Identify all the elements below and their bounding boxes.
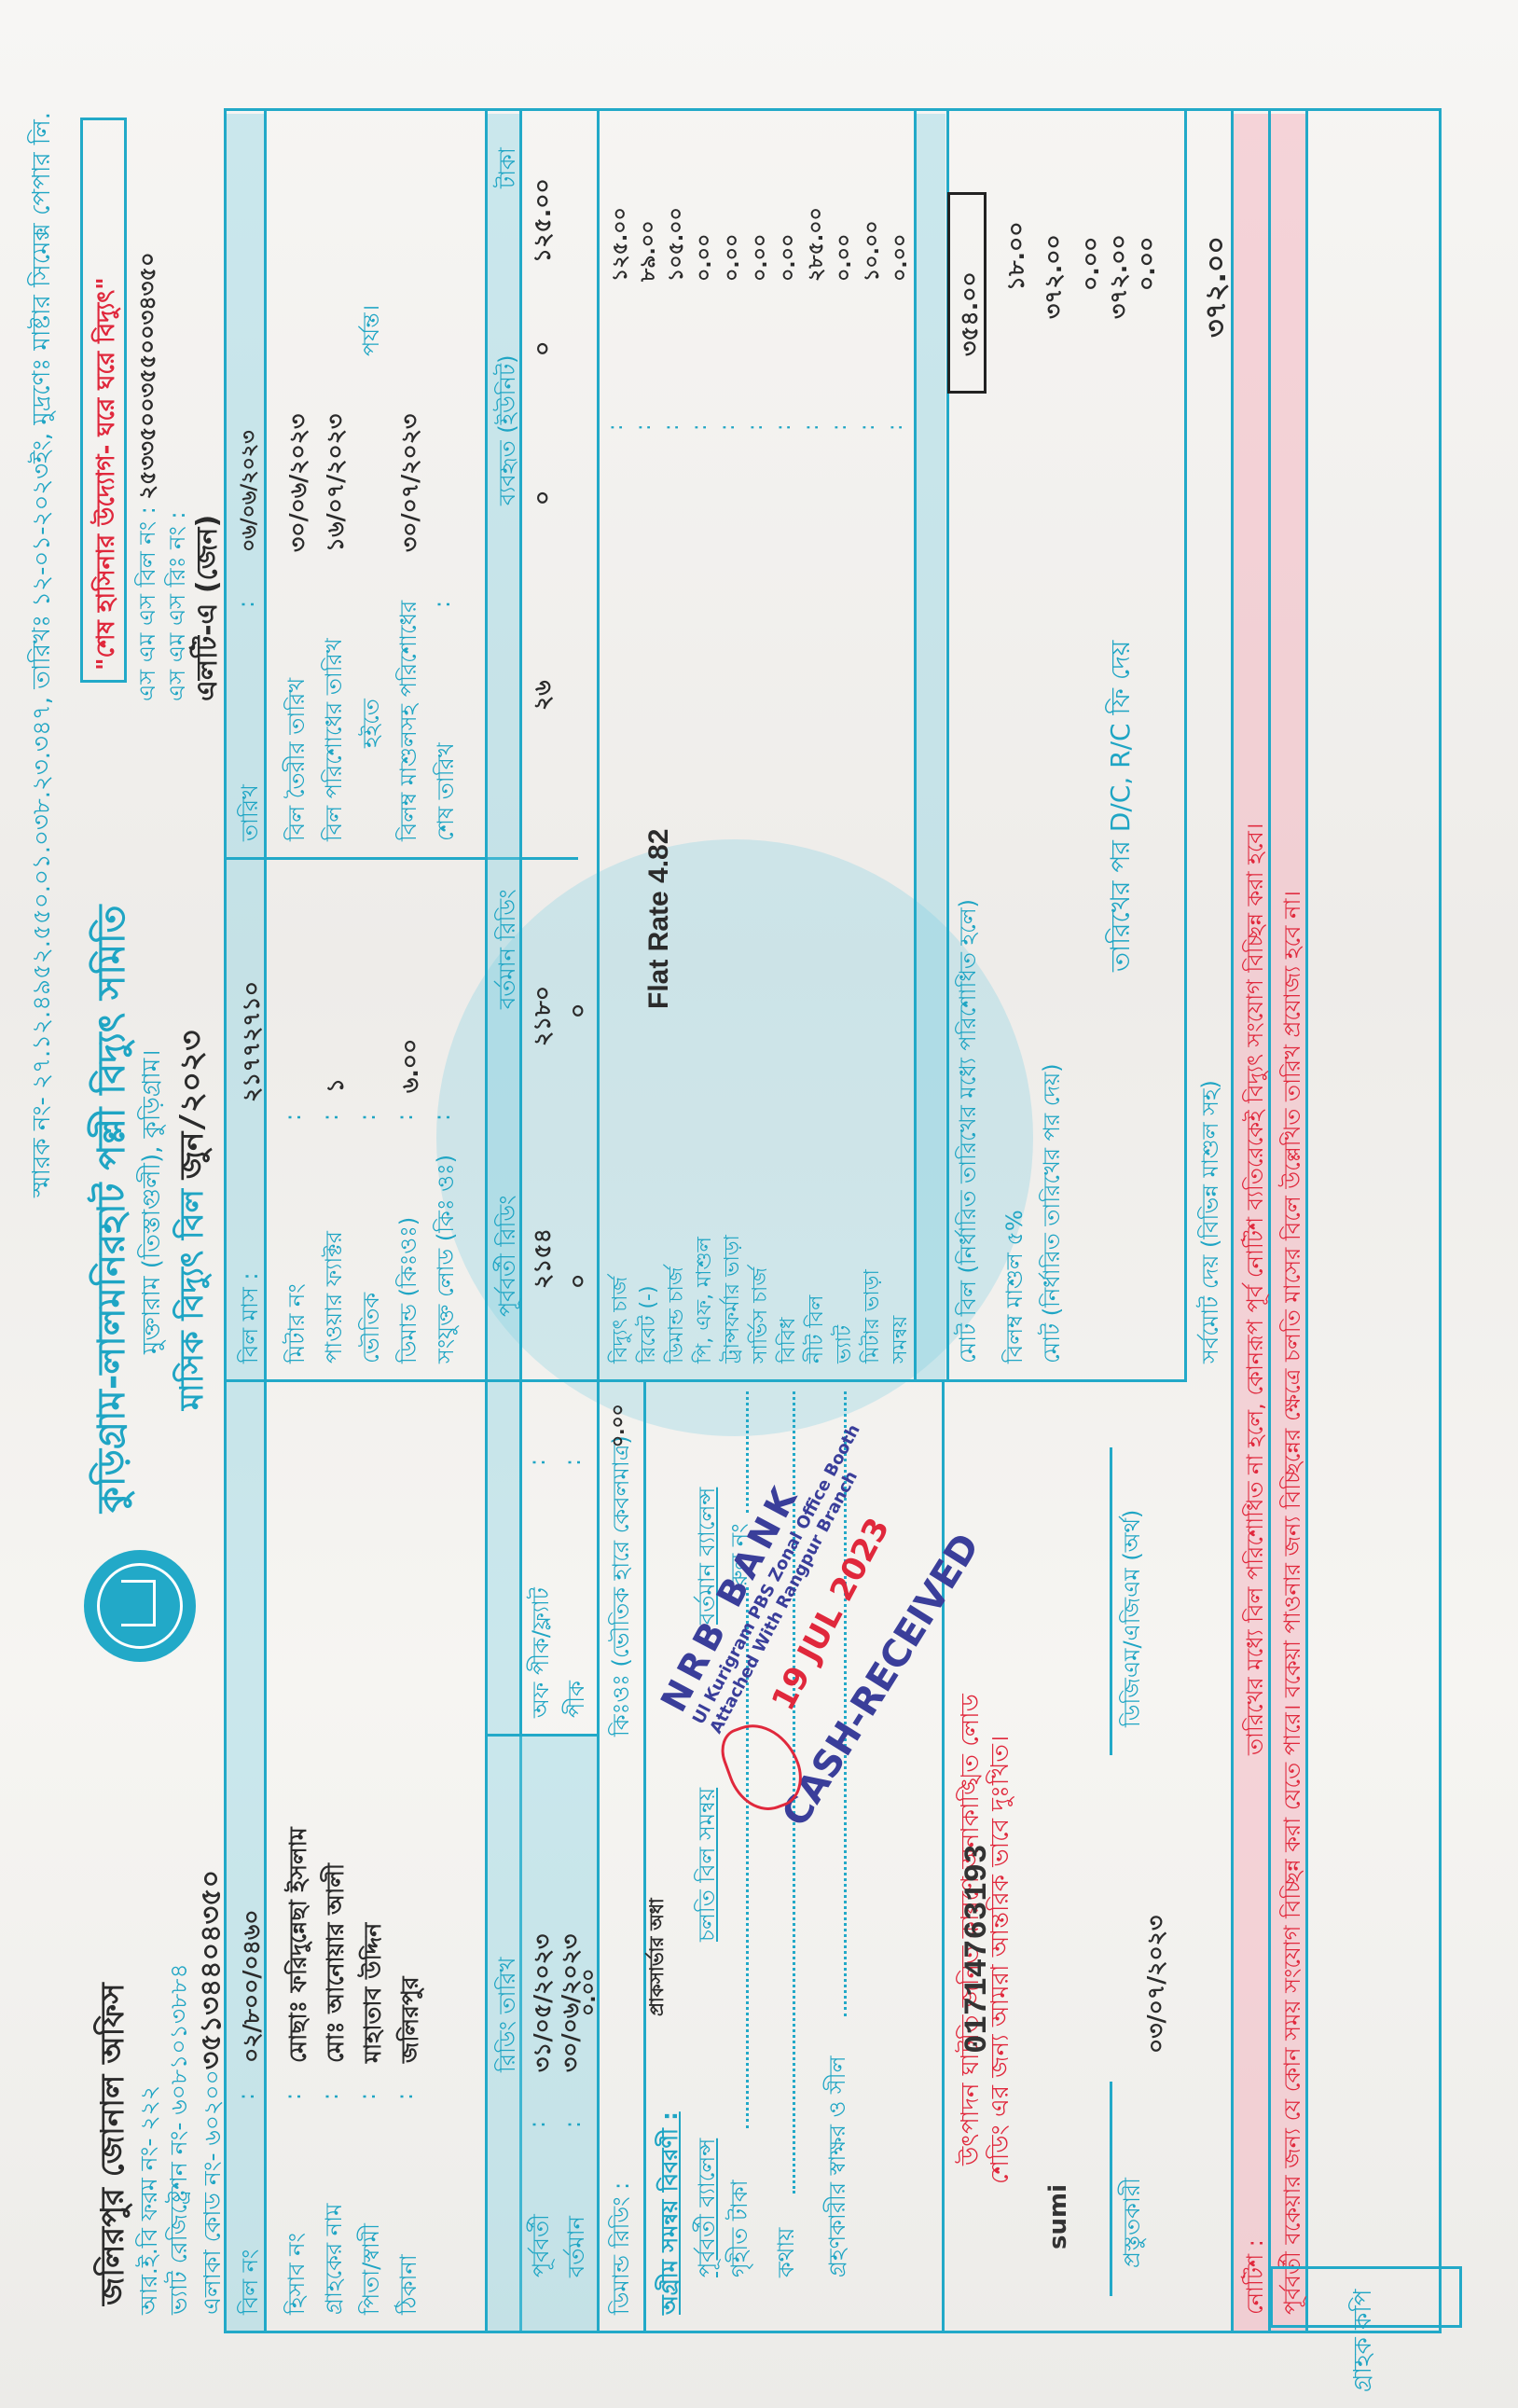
connected-load-label: সংযুক্ত লোড (কিঃ ওঃ) bbox=[429, 1155, 466, 1363]
taka-first-value: ১২৫.০০ bbox=[524, 178, 564, 263]
demand-stamp-text: প্রাকসার্ভার অধা bbox=[643, 1898, 674, 2016]
area-code-label: এলাকা কোড নং- bbox=[199, 2152, 226, 2315]
bill-month: ২১৭৭২৭১০ bbox=[233, 981, 273, 1102]
bill-made-date: ৩০/০৬/২০২৩ bbox=[280, 414, 320, 552]
preparer-date: ০৩/০৭/২০২৩ bbox=[1138, 1916, 1178, 2054]
signature-label: গ্রহণকারীর স্বাক্ষর ও সীল bbox=[821, 2056, 858, 2277]
net-bill-shade bbox=[916, 114, 945, 1379]
charge-row: রিবেট (-):৮৯.০০ bbox=[632, 114, 660, 1363]
after-due-value: ৩৭২.০০ bbox=[1035, 234, 1075, 319]
area-code-prefix: ৬০২০০ bbox=[199, 2069, 226, 2145]
total-value: ৩৫৪.০০ bbox=[951, 271, 991, 356]
reading-curr-extra: ০.০০ bbox=[573, 1969, 607, 2016]
used-peak: ০ bbox=[524, 491, 564, 505]
bill-type: মাসিক বিদ্যুৎ বিল bbox=[173, 1189, 211, 1410]
bill-month-label: বিল মাস : bbox=[233, 1272, 270, 1363]
charge-row: মিটার ভাড়া:১০.০০ bbox=[856, 114, 884, 1363]
customer-name: মোঃ আনোয়ার আলী bbox=[317, 1863, 357, 2063]
used-units: ২৬ bbox=[524, 680, 564, 711]
prev-reading-label: পূর্ববর্তী রিডিং bbox=[490, 1196, 528, 1317]
power-factor-label: পাওয়ার ফ্যাক্টর bbox=[317, 1231, 354, 1363]
late-fee-value: ১৮.০০ bbox=[998, 222, 1038, 291]
demand-label: ডিমান্ড (কিঃওঃ) bbox=[392, 1217, 429, 1363]
charge-row: ট্রান্সফর্মার ভাড়া:০.০০ bbox=[716, 114, 744, 1363]
charge-row: ভ্যাট:০.০০ bbox=[828, 114, 856, 1363]
dgm-label: ডিজিএম/এজিএম (অর্থ) bbox=[1115, 1510, 1152, 1727]
taka-label: টাকা bbox=[490, 147, 528, 188]
curr-peak: ০ bbox=[559, 1003, 600, 1018]
late-fee-label: বিলম্ব মাশুল ৫% bbox=[998, 1210, 1035, 1363]
used-label: ব্যবহৃত (ইউনিট) bbox=[490, 355, 528, 505]
reading-curr-label: বর্তমান bbox=[559, 2216, 597, 2277]
charge-row: বিবিধ:০.০০ bbox=[772, 114, 800, 1363]
total-label: মোট বিল (নির্ধারিত তারিখের মধ্যে পরিশোধি… bbox=[951, 899, 988, 1363]
date-label: তারিখ bbox=[233, 784, 270, 841]
prev-peak: ০ bbox=[559, 1274, 600, 1289]
used-peak-2: ০ bbox=[524, 341, 564, 356]
charge-row: সমন্বয়:০.০০ bbox=[884, 114, 912, 1363]
notice-line-1: তারিখের মধ্যে বিল পরিশোধিত না হলে, কোনরূ… bbox=[1238, 823, 1276, 1755]
advance-title: অগ্রীম সমন্বয় বিবরণী : bbox=[653, 2111, 690, 2315]
bill-no: ০২/৮০০/০৪৬০ bbox=[233, 1910, 273, 2064]
advance-prev-balance: পূর্ববর্তী ব্যালেন্স bbox=[690, 2138, 727, 2277]
phone-number: 01714763193 bbox=[960, 1845, 996, 2054]
curr-reading: ২১৮০ bbox=[524, 986, 564, 1046]
preparer-label: প্রস্তুতকারী bbox=[1115, 2178, 1152, 2268]
charge-row: ডিমান্ড চার্জ:১০৫.০০ bbox=[660, 114, 688, 1363]
reading-date-label: রিডিং তারিখ bbox=[490, 1958, 528, 2072]
words-label: কথায় bbox=[769, 2228, 807, 2277]
charge-row: পি, এফ, মাশুল:০.০০ bbox=[688, 114, 716, 1363]
slogan: "শেষ হাসিনার উদ্যোগ- ঘরে ঘরে বিদ্যুৎ" bbox=[87, 277, 128, 671]
sms-bill-value: ২৫৩৩৫০০৩৫৫০০৩৪৩৫০ bbox=[134, 252, 160, 499]
address-label: ঠিকানা bbox=[392, 2254, 429, 2315]
pay-date-label: বিল পরিশোধের তারিখ bbox=[317, 638, 354, 841]
reading-prev-label: পূর্ববর্তী bbox=[524, 2214, 561, 2277]
late-pay-label: বিলম্ব মাশুলসহ পরিশোধের bbox=[392, 601, 429, 841]
sms-bill-label: এস এম এস বিল নং : bbox=[134, 506, 160, 701]
area-code-value: ৩৫১৩৪৪০৪৩৫০ bbox=[195, 1870, 228, 2069]
bill-period: জুন/২০২৩ bbox=[173, 1031, 211, 1180]
from-label: হইতে bbox=[354, 699, 392, 748]
notice-line-2: পূর্ববর্তী বকেয়ার জন্য যে কোন সময় সংযো… bbox=[1276, 891, 1313, 2315]
charge-row: বিদ্যুৎ চার্জ:১২৫.০০ bbox=[604, 114, 632, 1363]
slogan-box: "শেষ হাসিনার উদ্যোগ- ঘরে ঘরে বিদ্যুৎ" bbox=[80, 118, 127, 683]
father-name: মাহাতাব উদ্দিন bbox=[354, 1923, 394, 2063]
advance-current-adjust: চলতি বিল সমন্বয় bbox=[690, 1788, 727, 1942]
address: জলিরপুর bbox=[392, 1976, 432, 2063]
flat-rate: Flat Rate 4.82 bbox=[643, 829, 675, 1009]
peak-label: পীক bbox=[559, 1681, 597, 1718]
prev-reading: ২১৫৪ bbox=[524, 1228, 564, 1289]
customer-copy-box: গ্রাহক কপি bbox=[1270, 2266, 1462, 2328]
account-label: হিসাব নং bbox=[280, 2233, 317, 2315]
curr-reading-label: বর্তমান রিডিং bbox=[490, 889, 528, 1009]
dc-value-3: ০.০০ bbox=[1128, 237, 1168, 291]
demand-reading-label: ডিমান্ড রিডিং : bbox=[604, 2182, 642, 2315]
bill-no-label: বিল নং bbox=[233, 2249, 270, 2315]
reb-logo-icon bbox=[84, 1550, 196, 1662]
father-label: পিতা/স্বামী bbox=[354, 2223, 392, 2315]
customer-copy-label: গ্রাহক কপি bbox=[1344, 2206, 1385, 2392]
dc-rc-label: তারিখের পর D/C, R/C ফি দেয় bbox=[1100, 641, 1144, 972]
bill-made-label: বিল তৈরীর তারিখ bbox=[280, 678, 317, 841]
until-label: পর্যন্ত। bbox=[354, 305, 392, 356]
off-peak-label: অফ পীক/ফ্ল্যাট bbox=[524, 1587, 561, 1718]
demand-value: ৬.০০ bbox=[392, 1039, 432, 1093]
charge-row: নীট বিল:২৮৫.০০ bbox=[800, 114, 828, 1363]
power-factor: ১ bbox=[317, 1078, 357, 1093]
late-pay-date: ৩০/০৭/২০২৩ bbox=[392, 414, 432, 552]
demand-kw-label: কিঃওঃ (ভৌতিক হারে কেবলমাত্র) bbox=[604, 1435, 642, 1737]
received-label: গৃহীত টাকা bbox=[723, 2180, 760, 2277]
account-value: মোছাঃ ফরিদুন্নেছা ইসলাম bbox=[280, 1827, 320, 2063]
date-value: ০৬/০৬/২০২৩ bbox=[233, 430, 268, 552]
meter-no-label: মিটার নং bbox=[280, 1283, 317, 1363]
after-due-label: মোট (নির্ধারিত তারিখের পর দেয়) bbox=[1035, 1063, 1072, 1363]
pay-date: ১৬/০৭/২০২৩ bbox=[317, 414, 357, 552]
electricity-bill-sheet: স্মারক নং- ২৭.১২.৪৯৫২.৫৫০.০১.০৩৮.২৩.৩৪৭,… bbox=[0, 0, 1518, 2408]
preparer-name: sumi bbox=[1044, 2184, 1072, 2249]
demand-main-ratio: ০.০০ bbox=[604, 1404, 635, 1447]
phase-label: ভৌতিক bbox=[354, 1293, 392, 1363]
charge-row: সার্ভিস চার্জ:০.০০ bbox=[744, 114, 772, 1363]
bill-title: মাসিক বিদ্যুৎ বিল জুন/২০২৩ bbox=[168, 1031, 221, 1410]
customer-name-label: গ্রাহকের নাম bbox=[317, 2204, 354, 2315]
last-date-label: শেষ তারিখ bbox=[429, 742, 466, 841]
grand-total-label: সর্বমোট দেয় (বিভিন্ন মাশুল সহ) bbox=[1194, 1080, 1231, 1363]
